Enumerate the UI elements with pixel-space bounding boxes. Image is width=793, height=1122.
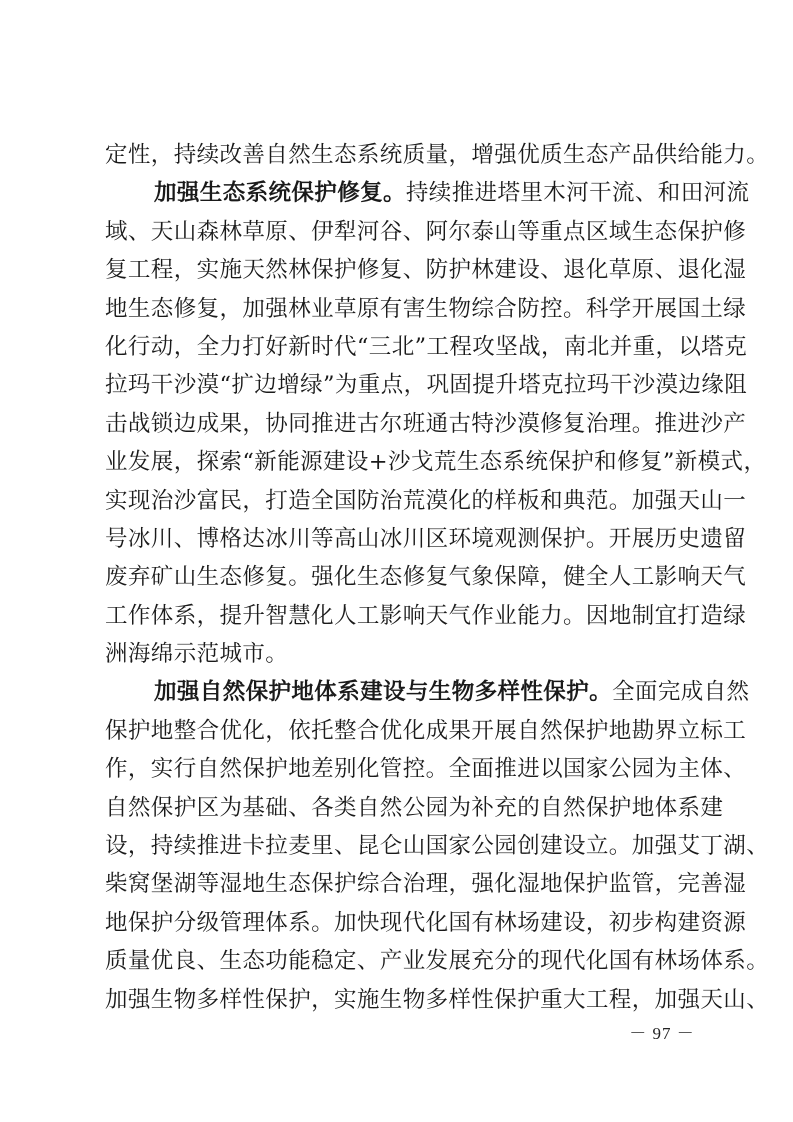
text-line: 柴窝堡湖等湿地生态保护综合治理，强化湿地保护监管，完善湿 xyxy=(105,865,691,903)
text-line: 号冰川、博格达冰川等高山冰川区环境观测保护。开展历史遗留 xyxy=(105,520,691,558)
text-line: 废弃矿山生态修复。强化生态修复气象保障，健全人工影响天气 xyxy=(105,558,691,596)
text-line: 质量优良、生态功能稳定、产业发展充分的现代化国有林场体系。 xyxy=(105,942,691,980)
text-line: 复工程，实施天然林保护修复、防护林建设、退化草原、退化湿 xyxy=(105,251,691,289)
line-text: 复工程，实施天然林保护修复、防护林建设、退化草原、退化湿 xyxy=(105,257,746,283)
line-text: 地保护分级管理体系。加快现代化国有林场建设，初步构建资源 xyxy=(105,910,746,936)
section-heading-ecosystem-restoration: 加强生态系统保护修复。 xyxy=(154,180,406,206)
paragraph-end-line: 洲海绵示范城市。 xyxy=(105,635,691,673)
text-line: 自然保护区为基础、各类自然公园为补充的自然保护地体系建 xyxy=(105,789,691,827)
text-line: 设，持续推进卡拉麦里、昆仑山国家公园创建设立。加强艾丁湖、 xyxy=(105,827,691,865)
line-text: 工作体系，提升智慧化人工影响天气作业能力。因地制宜打造绿 xyxy=(105,603,746,629)
line-text: 作，实行自然保护地差别化管控。全面推进以国家公园为主体、 xyxy=(105,756,746,782)
text-line: 击战锁边成果，协同推进古尔班通古特沙漠修复治理。推进沙产 xyxy=(105,405,691,443)
line-text: 自然保护区为基础、各类自然公园为补充的自然保护地体系建 xyxy=(105,795,723,821)
line-text: 业发展，探索“新能源建设+沙戈荒生态系统保护和修复”新模式， xyxy=(105,449,766,475)
page-number: － 97 － xyxy=(622,1019,702,1044)
text-line: 定性，持续改善自然生态系统质量，增强优质生态产品供给能力。 xyxy=(105,136,691,174)
text-line: 作，实行自然保护地差别化管控。全面推进以国家公园为主体、 xyxy=(105,750,691,788)
line-text: 柴窝堡湖等湿地生态保护综合治理，强化湿地保护监管，完善湿 xyxy=(105,871,746,897)
text-line: 拉玛干沙漠“扩边增绿”为重点，巩固提升塔克拉玛干沙漠边缘阻 xyxy=(105,366,691,404)
text-line: 工作体系，提升智慧化人工影响天气作业能力。因地制宜打造绿 xyxy=(105,597,691,635)
text-line: 实现治沙富民，打造全国防治荒漠化的样板和典范。加强天山一 xyxy=(105,482,691,520)
text-line: 域、天山森林草原、伊犁河谷、阿尔泰山等重点区域生态保护修 xyxy=(105,213,691,251)
text-line: 地保护分级管理体系。加快现代化国有林场建设，初步构建资源 xyxy=(105,904,691,942)
text-line: 化行动，全力打好新时代“三北”工程攻坚战，南北并重，以塔克 xyxy=(105,328,691,366)
line-text: 实现治沙富民，打造全国防治荒漠化的样板和典范。加强天山一 xyxy=(105,488,746,514)
line-text: 地生态修复，加强林业草原有害生物综合防控。科学开展国土绿 xyxy=(105,296,746,322)
line-text: 加强生物多样性保护，实施生物多样性保护重大工程，加强天山、 xyxy=(105,987,769,1013)
line-text: 洲海绵示范城市。 xyxy=(105,641,288,667)
line-text: 持续推进塔里木河干流、和田河流 xyxy=(406,180,750,206)
paragraph-start-line: 加强生态系统保护修复。持续推进塔里木河干流、和田河流 xyxy=(105,174,691,212)
line-text: 设，持续推进卡拉麦里、昆仑山国家公园创建设立。加强艾丁湖、 xyxy=(105,833,769,859)
text-line: 加强生物多样性保护，实施生物多样性保护重大工程，加强天山、 xyxy=(105,981,691,1019)
line-text: 击战锁边成果，协同推进古尔班通古特沙漠修复治理。推进沙产 xyxy=(105,411,746,437)
text-line: 地生态修复，加强林业草原有害生物综合防控。科学开展国土绿 xyxy=(105,290,691,328)
line-text: 域、天山森林草原、伊犁河谷、阿尔泰山等重点区域生态保护修 xyxy=(105,219,746,245)
line-text: 号冰川、博格达冰川等高山冰川区环境观测保护。开展历史遗留 xyxy=(105,526,746,552)
paragraph-start-line: 加强自然保护地体系建设与生物多样性保护。全面完成自然 xyxy=(105,673,691,711)
text-line: 业发展，探索“新能源建设+沙戈荒生态系统保护和修复”新模式， xyxy=(105,443,691,481)
body-text: 定性，持续改善自然生态系统质量，增强优质生态产品供给能力。 加强生态系统保护修复… xyxy=(105,136,691,1019)
text-line: 保护地整合优化，依托整合优化成果开展自然保护地勘界立标工 xyxy=(105,712,691,750)
line-text: 定性，持续改善自然生态系统质量，增强优质生态产品供给能力。 xyxy=(105,142,769,168)
line-text: 废弃矿山生态修复。强化生态修复气象保障，健全人工影响天气 xyxy=(105,564,746,590)
document-page: 定性，持续改善自然生态系统质量，增强优质生态产品供给能力。 加强生态系统保护修复… xyxy=(0,0,793,1122)
line-text: 化行动，全力打好新时代“三北”工程攻坚战，南北并重，以塔克 xyxy=(105,334,747,360)
line-text: 质量优良、生态功能稳定、产业发展充分的现代化国有林场体系。 xyxy=(105,948,769,974)
line-text: 保护地整合优化，依托整合优化成果开展自然保护地勘界立标工 xyxy=(105,718,746,744)
line-text: 全面完成自然 xyxy=(612,679,749,705)
line-text: 拉玛干沙漠“扩边增绿”为重点，巩固提升塔克拉玛干沙漠边缘阻 xyxy=(105,372,747,398)
section-heading-nature-reserves-biodiversity: 加强自然保护地体系建设与生物多样性保护。 xyxy=(154,679,612,705)
